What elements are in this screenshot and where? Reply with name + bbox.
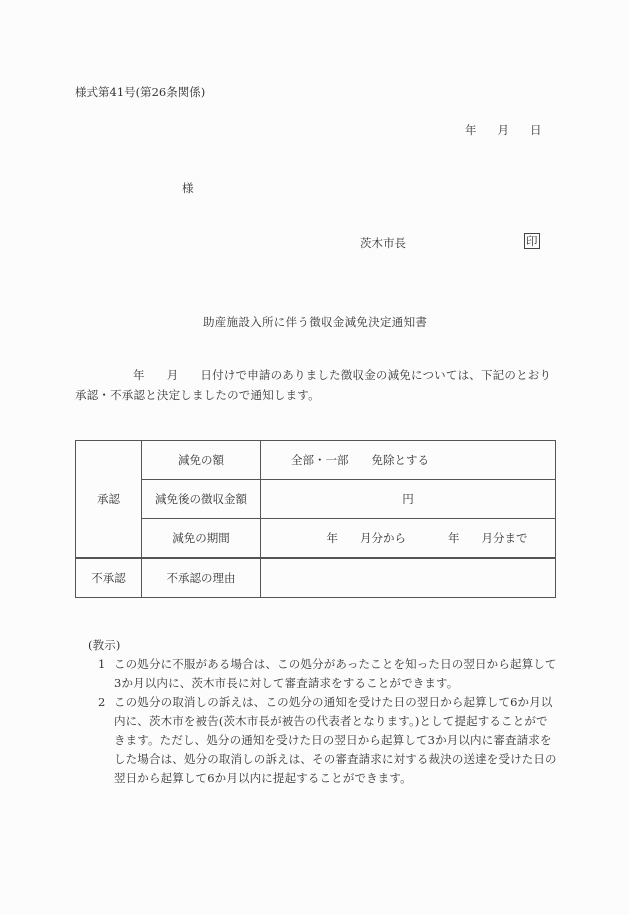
body-text: 日付けで申請のありました徴収金の減免については、下記のとおり承認・不承認と決定し… xyxy=(75,368,551,402)
note-number: 2 xyxy=(98,693,114,788)
period-to-year: 年 xyxy=(448,530,460,546)
form-number: 様式第41号(第26条関係) xyxy=(75,84,205,100)
period-from-month: 月分から xyxy=(360,530,406,546)
approved-label: 承認 xyxy=(76,441,142,559)
instruction-notes: (教示) 1 この処分に不服がある場合は、この処分があったことを知った日の翌日か… xyxy=(88,636,558,788)
table-row: 不承認 不承認の理由 xyxy=(76,558,556,598)
period-value: 年月分から年月分まで xyxy=(261,519,556,559)
amount-after-value: 円 xyxy=(261,480,556,519)
table-row: 承認 減免の額 全部・一部 免除とする xyxy=(76,441,556,480)
document-title: 助産施設入所に伴う徴収金減免決定通知書 xyxy=(203,314,427,330)
date-month: 月 xyxy=(498,122,510,138)
date-day: 日 xyxy=(530,122,542,138)
note-item: 2 この処分の取消しの訴えは、この処分の通知を受けた日の翌日から起算して6か月以… xyxy=(98,693,558,788)
note-number: 1 xyxy=(98,655,114,693)
body-month: 月 xyxy=(167,368,179,382)
row-label-amount-after: 減免後の徴収金額 xyxy=(142,480,261,519)
date-line: 年月日 xyxy=(465,122,542,138)
period-from-year: 年 xyxy=(327,530,339,546)
note-item: 1 この処分に不服がある場合は、この処分があったことを知った日の翌日から起算して… xyxy=(98,655,558,693)
rejection-reason-value xyxy=(261,558,556,598)
row-label-rejection-reason: 不承認の理由 xyxy=(142,558,261,598)
table-row: 減免の期間 年月分から年月分まで xyxy=(76,519,556,559)
reduction-amount-value: 全部・一部 免除とする xyxy=(261,441,556,480)
note-text: この処分の取消しの訴えは、この処分の通知を受けた日の翌日から起算して6か月以内に… xyxy=(114,693,558,788)
body-year: 年 xyxy=(133,368,145,382)
decision-table: 承認 減免の額 全部・一部 免除とする 減免後の徴収金額 円 減免の期間 年月分… xyxy=(75,440,556,598)
note-text: この処分に不服がある場合は、この処分があったことを知った日の翌日から起算して3か… xyxy=(114,655,558,693)
notes-heading: (教示) xyxy=(88,636,558,655)
issuer: 茨木市長 xyxy=(360,235,406,251)
table-row: 減免後の徴収金額 円 xyxy=(76,480,556,519)
period-to-month: 月分まで xyxy=(482,530,528,546)
body-paragraph: 年月日付けで申請のありました徴収金の減免については、下記のとおり承認・不承認と決… xyxy=(75,365,553,405)
row-label-reduction-amount: 減免の額 xyxy=(142,441,261,480)
date-year: 年 xyxy=(465,122,477,138)
addressee-suffix: 様 xyxy=(182,180,194,196)
seal-mark: 印 xyxy=(524,233,540,249)
rejected-label: 不承認 xyxy=(76,558,142,598)
row-label-period: 減免の期間 xyxy=(142,519,261,559)
